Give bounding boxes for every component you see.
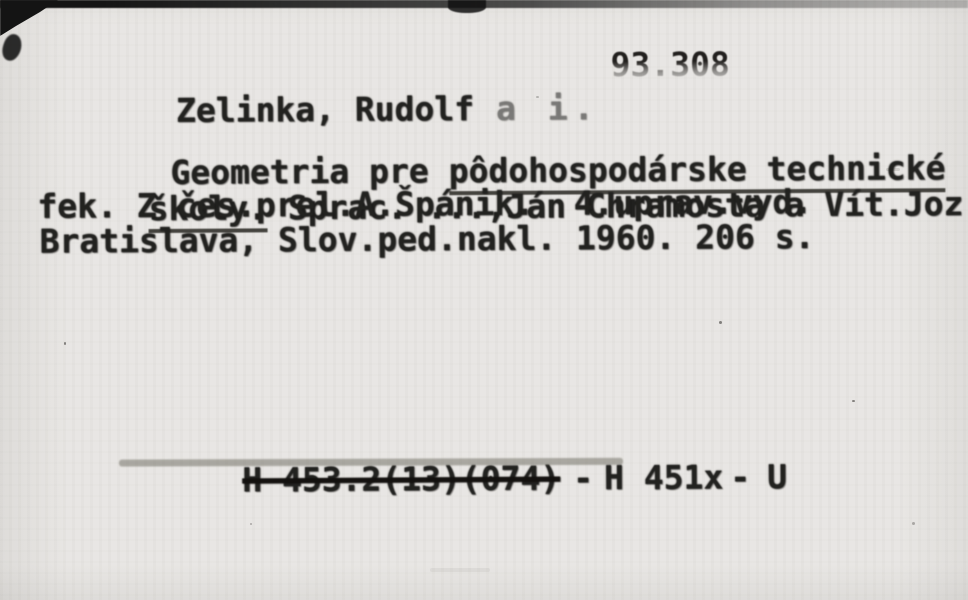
classification-dash-2: - [730,457,750,496]
classification-suffix: U [767,457,787,496]
accession-number: 93.308 [610,44,729,84]
classification-line: H 453.2(13)(074)-H 451x-U [123,418,788,539]
typed-text-layer: Zelinka, Rudolfa i. 93.308 Geometria pre… [0,0,968,600]
catalog-card: Zelinka, Rudolfa i. 93.308 Geometria pre… [0,0,968,600]
imprint-line: Bratislava, Slov.ped.nakl. 1960. 206 s. [40,217,815,261]
